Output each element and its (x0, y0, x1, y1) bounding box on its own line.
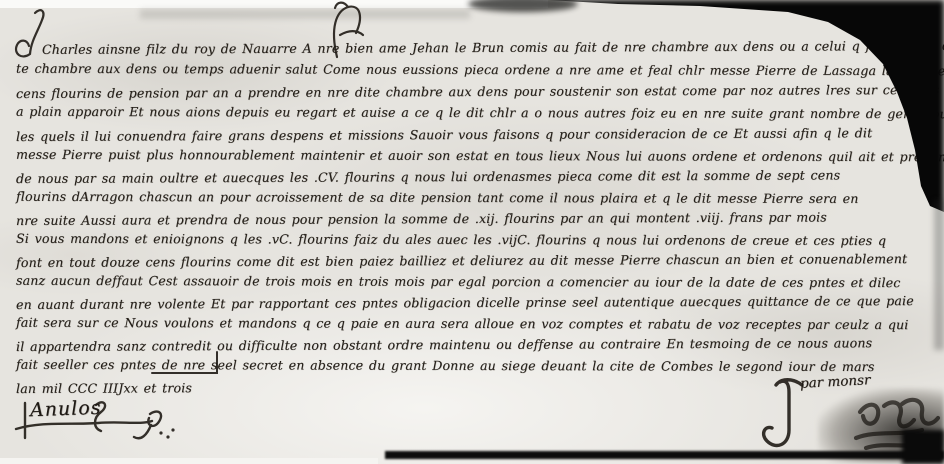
manuscript-line: a plain apparoir Et nous aions depuis eu… (16, 105, 936, 121)
manuscript-line: fait seeller ces pntes de nre seel secre… (16, 358, 936, 374)
manuscript-line: flourins dArragon chascun an pour acrois… (16, 190, 936, 206)
manuscript-line: sanz aucun deffaut Cest assauoir de troi… (16, 274, 936, 290)
photo-edge-bottom (385, 451, 944, 459)
photo-margin-bottom-left (0, 458, 378, 464)
photo-edge-streak (934, 200, 944, 350)
manuscript-line: te chambre aux dens ou temps aduenir sal… (16, 62, 936, 78)
photo-margin-top (0, 0, 548, 8)
photo-corner-bottom-right (902, 430, 944, 464)
manuscript-line: fait sera sur ce Nous voulons et mandons… (16, 316, 936, 332)
manuscript-photo: Charles ainsne filz du roy de Nauarre A … (0, 0, 944, 464)
manuscript-line: Si vous mandons et enioignons q les .vC.… (16, 232, 936, 248)
registration-paraph-text: Anulos (30, 397, 102, 421)
manuscript-line: messe Pierre puist plus honnourablement … (16, 148, 936, 164)
top-stain (140, 9, 470, 19)
